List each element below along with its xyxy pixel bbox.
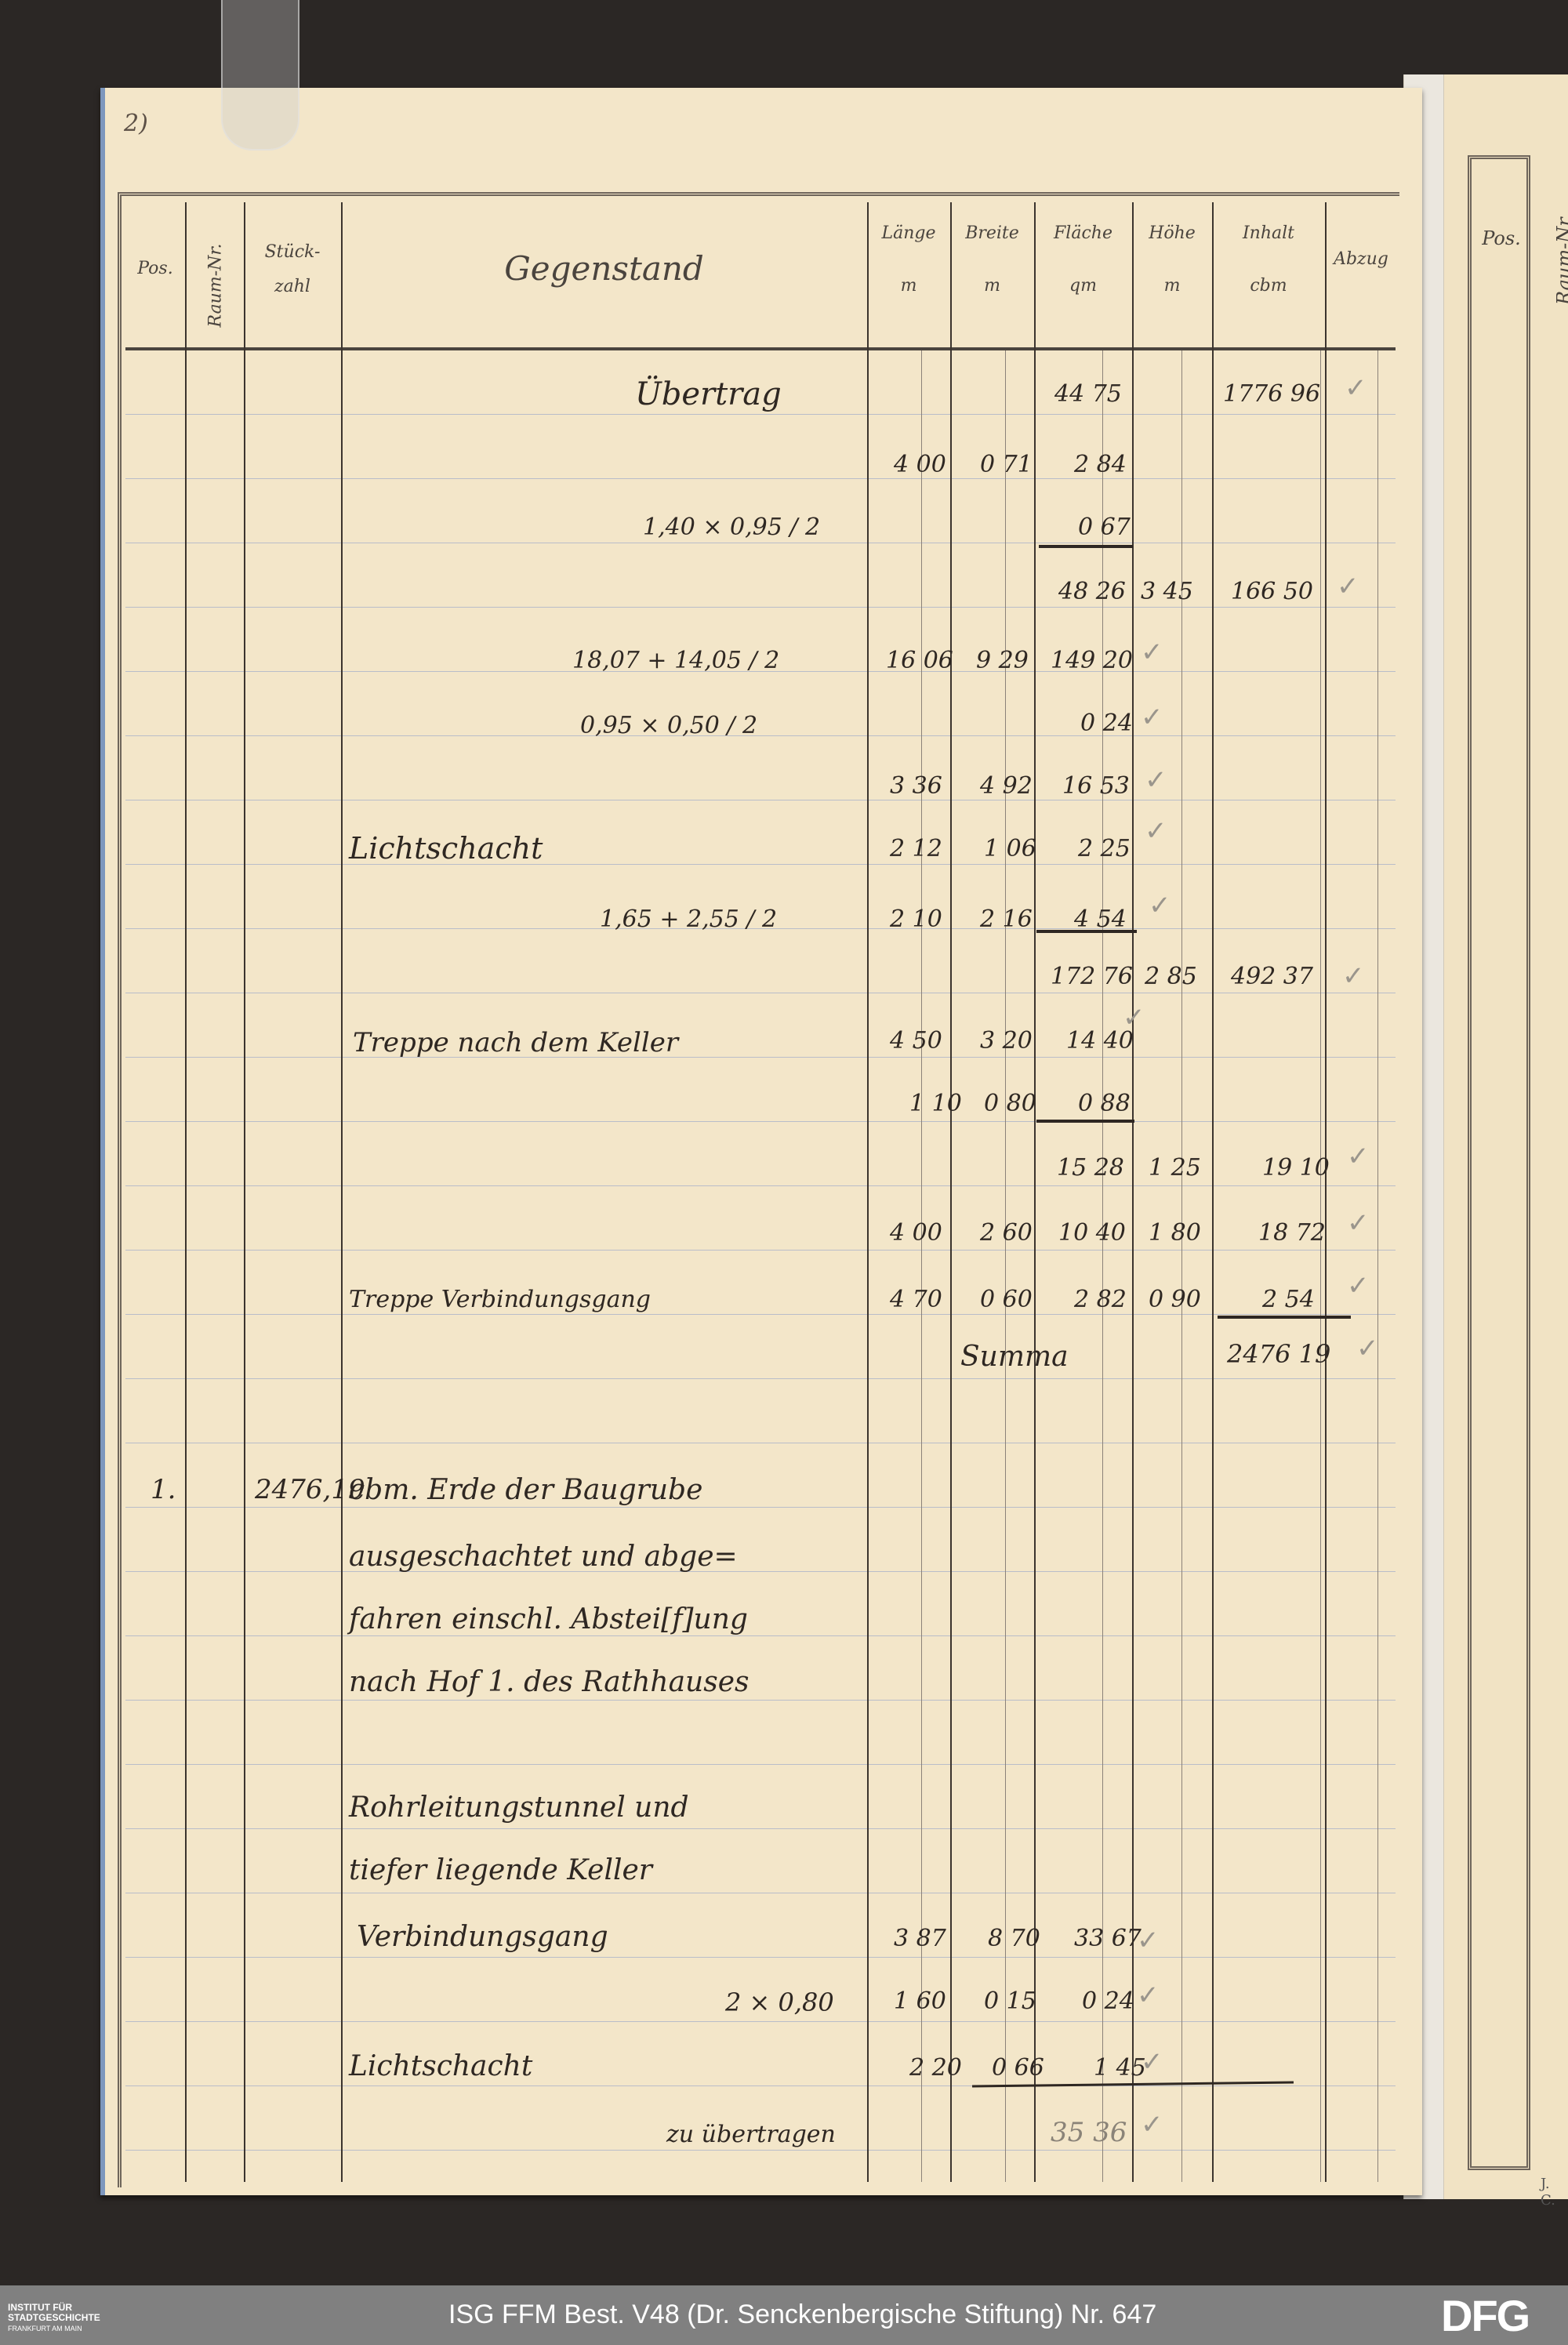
cell-inhalt: 2476 19 (1227, 1339, 1330, 1369)
cell-summe-label: zu übertragen (666, 2121, 836, 2148)
cell-breite: 2 16 (980, 906, 1033, 933)
cell-laenge: 4 00 (894, 451, 946, 478)
cell-breite: 4 92 (980, 772, 1033, 800)
header-inhalt: Inhalt (1212, 223, 1325, 243)
cell-breite: 3 20 (980, 1027, 1033, 1055)
right-header-pos: Pos. (1478, 227, 1525, 249)
cell-gegenstand: tiefer liegende Keller (349, 1854, 652, 1886)
cell-inhalt: 492 37 (1231, 963, 1313, 990)
cell-inhalt: 1776 96 (1223, 380, 1320, 408)
check-mark-icon: ✓ (1141, 2109, 1163, 2140)
cell-flaeche: 0 24 (1082, 1987, 1134, 2015)
cell-breite: 9 29 (976, 647, 1029, 674)
cell-breite: 1 06 (984, 835, 1036, 862)
check-mark-icon: ✓ (1141, 637, 1163, 668)
sum-rule (1218, 1316, 1351, 1319)
header-gegenstand: Gegenstand (343, 249, 866, 288)
check-mark-icon: ✓ (1145, 764, 1167, 796)
check-mark-icon: ✓ (1347, 1141, 1370, 1172)
header-hoehe: Höhe (1132, 223, 1212, 243)
cell-hoehe: 0 90 (1149, 1286, 1201, 1313)
check-mark-icon: ✓ (1345, 372, 1367, 404)
cell-laenge: 16 06 (886, 647, 953, 674)
cell-pos: 1. (151, 1474, 176, 1505)
cell-laenge: 4 00 (890, 1219, 942, 1247)
cell-breite: 0 66 (992, 2054, 1044, 2082)
description-line: nach Hof 1. des Rathhauses (349, 1666, 749, 1698)
cell-laenge: 1 60 (894, 1987, 946, 2015)
cell-hoehe: 1 25 (1149, 1154, 1201, 1182)
cell-flaeche: 15 28 (1057, 1154, 1124, 1182)
right-header-raum-nr: Raum-Nr. (1553, 187, 1568, 305)
cell-inhalt: 2 54 (1262, 1286, 1315, 1313)
cell-inhalt: 166 50 (1231, 578, 1313, 605)
check-mark-icon: ✓ (1141, 2046, 1163, 2078)
check-mark-icon: ✓ (1356, 1333, 1379, 1364)
cell-flaeche: 4 54 (1074, 906, 1127, 933)
archive-footer: INSTITUT FÜR STADTGESCHICHTE FRANKFURT A… (0, 2285, 1568, 2345)
check-mark-icon: ✓ (1145, 815, 1167, 847)
cell-laenge: 2 10 (890, 906, 942, 933)
cell-flaeche: 10 40 (1058, 1219, 1126, 1247)
footer-title: ISG FFM Best. V48 (Dr. Senckenbergische … (448, 2300, 1156, 2330)
sum-rule (1039, 545, 1133, 548)
institute-logo: INSTITUT FÜR STADTGESCHICHTE FRANKFURT A… (8, 2303, 100, 2334)
cell-gegenstand: Lichtschacht (349, 2050, 532, 2082)
cell-breite: 0 71 (980, 451, 1033, 478)
cell-laenge: 2 12 (890, 835, 942, 862)
cell-flaeche: 2 84 (1074, 451, 1127, 478)
cell-flaeche: 2 25 (1078, 835, 1131, 862)
description-line: ausgeschachtet und abge= (349, 1541, 738, 1573)
header-flaeche-unit: qm (1034, 276, 1132, 296)
cell-gegenstand: Rohrleitungstunnel und (349, 1791, 689, 1824)
cell-formula: 1,40 × 0,95 / 2 (643, 514, 820, 541)
institute-line: FRANKFURT AM MAIN (8, 2325, 82, 2332)
cell-breite: 2 60 (980, 1219, 1033, 1247)
check-mark-icon: ✓ (1149, 890, 1171, 921)
check-mark-icon: ✓ (1337, 571, 1359, 602)
cell-flaeche: 48 26 (1058, 578, 1126, 605)
check-mark-icon: ✓ (1123, 1002, 1145, 1033)
cell-breite: 0 80 (984, 1090, 1036, 1117)
cell-hoehe: 2 85 (1145, 963, 1197, 990)
cell-flaeche: 1 45 (1094, 2054, 1146, 2082)
cell-breite: 0 60 (980, 1286, 1033, 1313)
header-laenge-unit: m (867, 276, 950, 296)
cell-flaeche: 0 67 (1078, 514, 1131, 541)
cell-flaeche: 149 20 (1051, 647, 1133, 674)
dfg-logo: DFG (1441, 2290, 1529, 2341)
cell-formula: 0,95 × 0,50 / 2 (580, 712, 757, 739)
cell-laenge: 2 20 (909, 2054, 962, 2082)
header-abzug: Abzug (1327, 249, 1396, 269)
cell-flaeche: 0 24 (1080, 710, 1133, 737)
right-page-frame (1468, 155, 1530, 2170)
printer-mark: J. C. (1541, 2176, 1568, 2209)
header-raum-nr: Raum-Nr. (206, 210, 226, 328)
description-line: cbm. Erde der Baugrube (349, 1474, 702, 1506)
cell-hoehe: 1 80 (1149, 1219, 1201, 1247)
cell-breite: 8 70 (988, 1925, 1040, 1952)
cell-laenge: 1 10 (909, 1090, 962, 1117)
cell-laenge: 3 87 (894, 1925, 946, 1952)
header-breite-unit: m (950, 276, 1034, 296)
header-breite: Breite (950, 223, 1034, 243)
cell-summe-label: Summa (960, 1341, 1069, 1373)
check-mark-icon: ✓ (1347, 1207, 1370, 1239)
header-flaeche: Fläche (1034, 223, 1132, 243)
check-mark-icon: ✓ (1141, 702, 1163, 733)
description-line: fahren einschl. Abstei[f]ung (349, 1603, 748, 1635)
cell-inhalt: 18 72 (1258, 1219, 1326, 1247)
cell-laenge: 3 36 (890, 772, 942, 800)
cell-laenge: 4 50 (890, 1027, 942, 1055)
sum-rule (1036, 1120, 1134, 1123)
cell-laenge: 4 70 (890, 1286, 942, 1313)
cell-breite: 0 15 (984, 1987, 1036, 2015)
check-mark-icon: ✓ (1347, 1270, 1370, 1301)
cell-gegenstand: Übertrag (635, 376, 782, 412)
cell-flaeche: 16 53 (1062, 772, 1130, 800)
cell-flaeche: 44 75 (1054, 380, 1122, 408)
cell-flaeche: 33 67 (1074, 1925, 1142, 1952)
header-rule (125, 347, 1396, 350)
check-mark-icon: ✓ (1137, 1925, 1160, 1956)
cell-inhalt: 19 10 (1262, 1154, 1330, 1182)
cell-gegenstand: Treppe nach dem Keller (353, 1027, 678, 1058)
header-pos: Pos. (127, 259, 183, 278)
cell-gegenstand: Treppe Verbindungsgang (349, 1286, 651, 1313)
header-inhalt-unit: cbm (1212, 276, 1325, 296)
page-clip (221, 0, 299, 151)
check-mark-icon: ✓ (1342, 960, 1365, 992)
sum-rule (1036, 930, 1137, 933)
cell-flaeche: 2 82 (1074, 1286, 1127, 1313)
cell-flaeche: 35 36 (1051, 2117, 1127, 2148)
cell-gegenstand: Verbindungsgang (357, 1921, 608, 1953)
table-frame (118, 192, 1399, 2187)
header-stueckzahl: Stück- zahl (245, 235, 339, 304)
cell-gegenstand: Lichtschacht (349, 831, 543, 866)
page-number: 2) (124, 110, 148, 137)
cell-hoehe: 3 45 (1141, 578, 1193, 605)
cell-formula: 2 × 0,80 (725, 1987, 834, 2017)
header-hoehe-unit: m (1132, 276, 1212, 296)
header-laenge: Länge (867, 223, 950, 243)
cell-flaeche: 0 88 (1078, 1090, 1131, 1117)
cell-formula: 18,07 + 14,05 / 2 (572, 647, 779, 674)
institute-line: STADTGESCHICHTE (8, 2313, 100, 2323)
check-mark-icon: ✓ (1137, 1980, 1160, 2011)
cell-flaeche: 172 76 (1051, 963, 1133, 990)
cell-formula: 1,65 + 2,55 / 2 (600, 906, 777, 933)
